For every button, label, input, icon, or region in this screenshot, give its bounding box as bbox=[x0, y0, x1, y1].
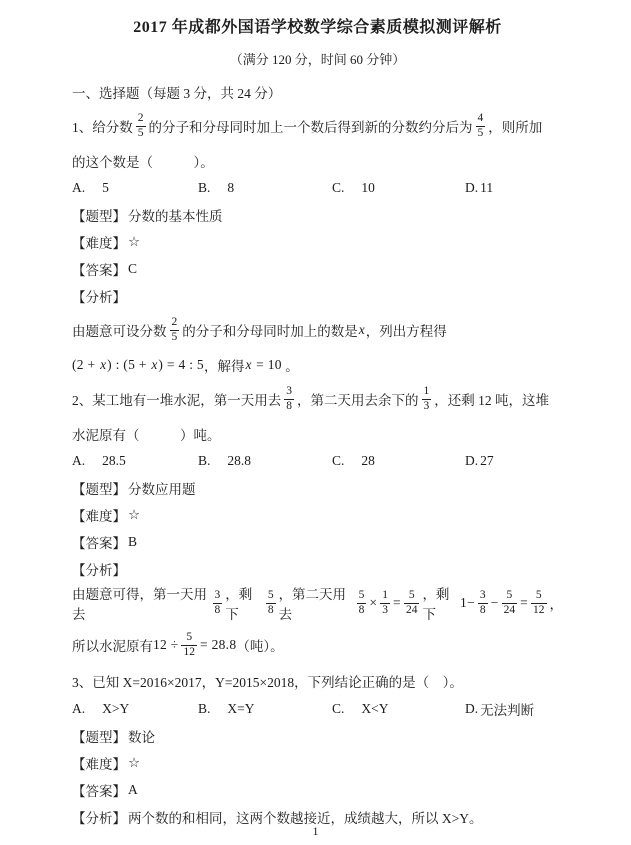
option-value: 28.8 bbox=[227, 453, 251, 469]
q2-stem-line1: 2、某工地有一堆水泥，第一天用去38，第二天用去余下的13，还剩 12 吨，这堆 bbox=[72, 378, 563, 420]
fraction: 38 bbox=[213, 589, 223, 616]
fraction: 25 bbox=[170, 316, 180, 343]
option-value: 无法判断 bbox=[480, 699, 534, 719]
q2-option-a: A. 28.5 bbox=[72, 453, 198, 469]
math-variable: x bbox=[150, 357, 158, 373]
q2-analysis-line2: 所以水泥原有12 ÷512= 28.8（吨）。 bbox=[72, 624, 563, 666]
q2-analysis-line1: 由题意可得，第一天用去38，剩下58，第二天用去58×13=524，剩下1−38… bbox=[72, 582, 563, 624]
type-value: 分数应用题 bbox=[128, 478, 196, 498]
q2-difficulty-row: 【难度】 ☆ bbox=[72, 501, 563, 528]
option-label: B. bbox=[198, 180, 210, 196]
q3-option-c: C. X<Y bbox=[332, 701, 465, 717]
text-run: ，列出方程得 bbox=[366, 320, 447, 340]
answer-value: B bbox=[128, 534, 137, 550]
q2-stem-line2: 水泥原有（ ）吨。 bbox=[72, 420, 563, 447]
q1-analysis-line1: 由题意可设分数25的分子和分母同时加上的数是x，列出方程得 bbox=[72, 309, 563, 351]
fraction: 512 bbox=[531, 589, 547, 616]
text-run: 的分子和分母同时加上一个数后得到新的分数约分后为 bbox=[149, 116, 473, 136]
option-value: 27 bbox=[480, 453, 494, 469]
q1-analysis-line2: (2 + x) : (5 + x) = 4 : 5，解得x = 10 。 bbox=[72, 351, 563, 378]
text-run: 由题意可得，第一天用去 bbox=[72, 583, 210, 623]
math-text: 12 ÷ bbox=[153, 637, 178, 653]
answer-value: A bbox=[128, 782, 138, 798]
option-value: 28 bbox=[361, 453, 375, 469]
option-label: D. bbox=[465, 453, 478, 469]
fraction: 13 bbox=[380, 589, 390, 616]
type-value: 数论 bbox=[128, 726, 155, 746]
difficulty-stars: ☆ bbox=[128, 507, 140, 523]
text-run: ，第二天用去 bbox=[279, 583, 354, 623]
q1-type-row: 【题型】 分数的基本性质 bbox=[72, 201, 563, 228]
q3-type-row: 【题型】 数论 bbox=[72, 722, 563, 749]
text-run: 。 bbox=[282, 355, 299, 375]
q3-option-a: A. X>Y bbox=[72, 701, 198, 717]
text-run: ，解得 bbox=[204, 355, 245, 375]
option-label: B. bbox=[198, 701, 210, 717]
q3-stem: 3、已知 X=2016×2017，Y=2015×2018，下列结论正确的是（ ）… bbox=[72, 666, 563, 695]
q2-type-row: 【题型】 分数应用题 bbox=[72, 474, 563, 501]
q1-options: A. 5 B. 8 C. 10 D. 11 bbox=[72, 174, 563, 201]
difficulty-tag: 【难度】 bbox=[72, 232, 126, 252]
q2-analysis-tag-row: 【分析】 bbox=[72, 555, 563, 582]
q1-stem-line1: 1、给分数25的分子和分母同时加上一个数后得到新的分数约分后为45，则所加 bbox=[72, 105, 563, 147]
text-run: 由题意可设分数 bbox=[72, 320, 167, 340]
fraction: 13 bbox=[422, 385, 432, 412]
math-variable: x bbox=[244, 357, 252, 373]
fraction: 38 bbox=[284, 385, 294, 412]
q1-analysis-tag-row: 【分析】 bbox=[72, 282, 563, 309]
text-run: ， bbox=[550, 593, 564, 613]
option-value: X=Y bbox=[227, 701, 254, 717]
text-run: ，则所加 bbox=[488, 116, 542, 136]
option-value: X<Y bbox=[361, 701, 388, 717]
text-run: 1、给分数 bbox=[72, 116, 133, 136]
option-label: D. bbox=[465, 701, 478, 717]
page-number: 1 bbox=[0, 824, 631, 839]
text-run: 所以水泥原有 bbox=[72, 635, 153, 655]
math-variable: x bbox=[99, 357, 107, 373]
difficulty-stars: ☆ bbox=[128, 234, 140, 250]
answer-tag: 【答案】 bbox=[72, 780, 126, 800]
option-label: A. bbox=[72, 701, 85, 717]
difficulty-tag: 【难度】 bbox=[72, 505, 126, 525]
math-text: (2 + bbox=[72, 357, 99, 373]
option-label: A. bbox=[72, 453, 85, 469]
option-value: X>Y bbox=[102, 701, 129, 717]
math-text: ) : (5 + bbox=[107, 357, 150, 373]
q1-stem-line2: 的这个数是（ ）。 bbox=[72, 147, 563, 174]
difficulty-tag: 【难度】 bbox=[72, 753, 126, 773]
option-label: C. bbox=[332, 701, 344, 717]
analysis-tag: 【分析】 bbox=[72, 559, 126, 579]
fraction: 524 bbox=[404, 589, 420, 616]
fraction: 25 bbox=[136, 112, 146, 139]
math-text: − bbox=[491, 595, 499, 611]
section-heading: 一、选择题（每题 3 分，共 24 分） bbox=[72, 78, 563, 105]
q1-option-a: A. 5 bbox=[72, 180, 198, 196]
option-label: C. bbox=[332, 180, 344, 196]
q1-option-c: C. 10 bbox=[332, 180, 465, 196]
q1-option-b: B. 8 bbox=[198, 180, 332, 196]
fraction: 58 bbox=[266, 589, 276, 616]
document-page: 2017 年成都外国语学校数学综合素质模拟测评解析 （满分 120 分，时间 6… bbox=[0, 0, 631, 830]
text-run: （吨）。 bbox=[236, 635, 283, 655]
option-label: A. bbox=[72, 180, 85, 196]
fraction: 524 bbox=[502, 589, 518, 616]
fraction: 38 bbox=[478, 589, 488, 616]
math-text: × bbox=[369, 595, 377, 611]
text-run: 2、某工地有一堆水泥，第一天用去 bbox=[72, 389, 281, 409]
type-tag: 【题型】 bbox=[72, 205, 126, 225]
q2-answer-row: 【答案】 B bbox=[72, 528, 563, 555]
difficulty-stars: ☆ bbox=[128, 755, 140, 771]
q3-difficulty-row: 【难度】 ☆ bbox=[72, 749, 563, 776]
text-run: 的分子和分母同时加上的数是 bbox=[182, 320, 358, 340]
analysis-tag: 【分析】 bbox=[72, 286, 126, 306]
math-text: = bbox=[520, 595, 528, 611]
answer-tag: 【答案】 bbox=[72, 532, 126, 552]
text-run: ，第二天用去余下的 bbox=[297, 389, 419, 409]
text-run: ，剩下 bbox=[225, 583, 263, 623]
option-value: 28.5 bbox=[102, 453, 126, 469]
answer-tag: 【答案】 bbox=[72, 259, 126, 279]
math-text: = 10 bbox=[252, 357, 281, 373]
answer-value: C bbox=[128, 261, 137, 277]
q2-option-b: B. 28.8 bbox=[198, 453, 332, 469]
math-text: 1− bbox=[460, 595, 475, 611]
q1-option-d: D. 11 bbox=[465, 180, 493, 196]
option-label: D. bbox=[465, 180, 478, 196]
q3-answer-row: 【答案】 A bbox=[72, 776, 563, 803]
math-text: = bbox=[393, 595, 401, 611]
q3-option-b: B. X=Y bbox=[198, 701, 332, 717]
fraction: 58 bbox=[357, 589, 367, 616]
q2-option-d: D. 27 bbox=[465, 453, 494, 469]
option-value: 8 bbox=[227, 180, 234, 196]
option-value: 11 bbox=[480, 180, 493, 196]
q1-difficulty-row: 【难度】 ☆ bbox=[72, 228, 563, 255]
q2-options: A. 28.5 B. 28.8 C. 28 D. 27 bbox=[72, 447, 563, 474]
math-text: ) = 4 : 5 bbox=[158, 357, 204, 373]
page-subtitle: （满分 120 分，时间 60 分钟） bbox=[72, 49, 563, 73]
fraction: 512 bbox=[181, 631, 197, 658]
option-label: B. bbox=[198, 453, 210, 469]
type-tag: 【题型】 bbox=[72, 726, 126, 746]
q3-options: A. X>Y B. X=Y C. X<Y D. 无法判断 bbox=[72, 695, 563, 722]
q3-option-d: D. 无法判断 bbox=[465, 699, 534, 719]
option-value: 10 bbox=[361, 180, 375, 196]
text-run: ，还剩 12 吨，这堆 bbox=[434, 389, 549, 409]
math-text: = 28.8 bbox=[200, 637, 236, 653]
fraction: 45 bbox=[476, 112, 486, 139]
text-run: ，剩下 bbox=[422, 583, 460, 623]
type-value: 分数的基本性质 bbox=[128, 205, 223, 225]
math-variable: x bbox=[358, 322, 366, 338]
type-tag: 【题型】 bbox=[72, 478, 126, 498]
q2-option-c: C. 28 bbox=[332, 453, 465, 469]
page-title: 2017 年成都外国语学校数学综合素质模拟测评解析 bbox=[72, 14, 563, 40]
option-value: 5 bbox=[102, 180, 109, 196]
option-label: C. bbox=[332, 453, 344, 469]
q1-answer-row: 【答案】 C bbox=[72, 255, 563, 282]
